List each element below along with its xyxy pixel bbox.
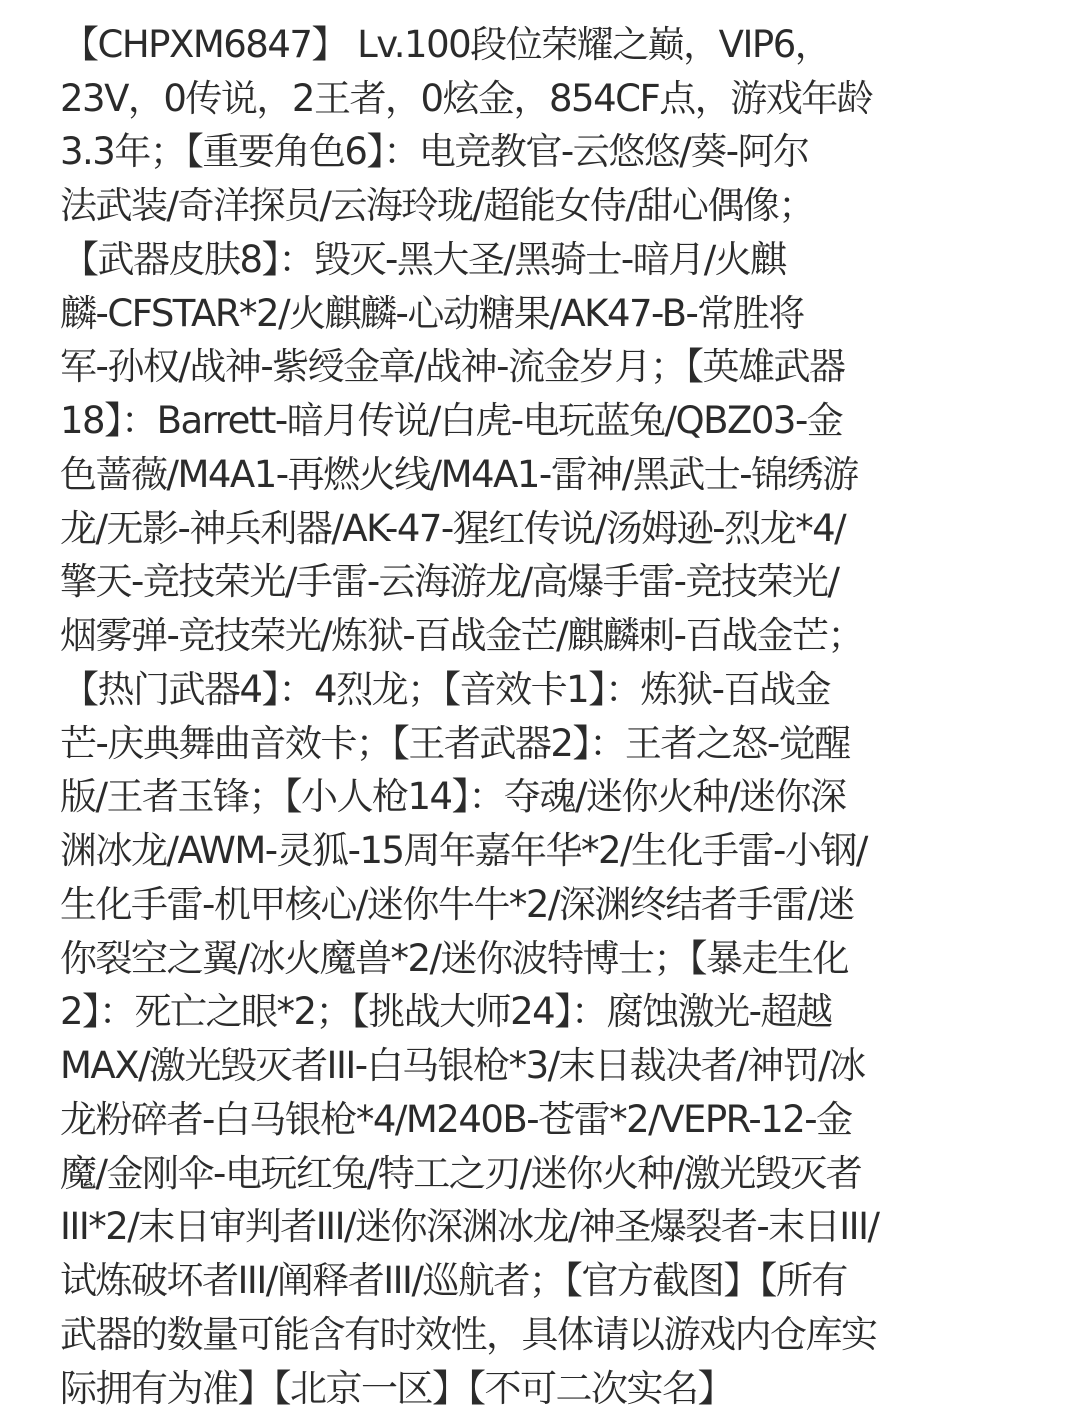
listing-line: 法武装/奇洋探员/云海玲珑/超能女侍/甜心偶像；: [60, 179, 814, 233]
listing-line: 际拥有为准】【北京一区】【不可二次实名】: [60, 1362, 733, 1416]
listing-line: 烟雾弹-竞技荣光/炼狱-百战金芒/麒麟刺-百战金芒；: [60, 609, 863, 663]
listing-line: 渊冰龙/AWM-灵狐-15周年嘉年华*2/生化手雷-小钢/: [60, 824, 867, 878]
listing-line: 3.3年；【重要角色6】：电竞教官-云悠悠/葵-阿尔: [60, 125, 809, 179]
listing-line: 色蔷薇/M4A1-再燃火线/M4A1-雷神/黑武士-锦绣游: [60, 448, 858, 502]
listing-line: 【CHPXM6847】 Lv.100段位荣耀之巅，VIP6，: [62, 18, 830, 72]
listing-line: 军-孙权/战神-紫绶金章/战神-流金岁月；【英雄武器: [60, 340, 844, 394]
listing-line: 龙粉碎者-白马银枪*4/M240B-苍雷*2/VEPR-12-金: [60, 1093, 852, 1147]
listing-line: 你裂空之翼/冰火魔兽*2/迷你波特博士；【暴走生化: [60, 932, 848, 986]
listing-line: 2】：死亡之眼*2；【挑战大师24】：腐蚀激光-超越: [60, 985, 832, 1039]
listing-line: 23V，0传说，2王者，0炫金，854CF点，游戏年龄: [60, 72, 872, 126]
listing-line: 武器的数量可能含有时效性，具体请以游戏内仓库实: [60, 1308, 877, 1362]
listing-line: 魔/金刚伞-电玩红兔/特工之刃/迷你火种/激光毁灭者: [60, 1147, 861, 1201]
listing-line: 生化手雷-机甲核心/迷你牛牛*2/深渊终结者手雷/迷: [60, 878, 854, 932]
listing-line: 18】：Barrett-暗月传说/白虎-电玩蓝兔/QBZ03-金: [60, 394, 842, 448]
account-listing-document: 【CHPXM6847】 Lv.100段位荣耀之巅，VIP6， 23V，0传说，2…: [0, 0, 1080, 1418]
listing-line: 麟-CFSTAR*2/火麒麟-心动糖果/AK47-B-常胜将: [60, 287, 804, 341]
listing-line: 擎天-竞技荣光/手雷-云海游龙/高爆手雷-竞技荣光/: [60, 555, 838, 609]
listing-line: III*2/末日审判者III/迷你深渊冰龙/神圣爆裂者-末日III/: [60, 1200, 878, 1254]
listing-line: 试炼破坏者III/阐释者III/巡航者；【官方截图】【所有: [60, 1254, 847, 1308]
listing-line: MAX/激光毁灭者III-白马银枪*3/末日裁决者/神罚/冰: [60, 1039, 865, 1093]
listing-line: 【热门武器4】：4烈龙；【音效卡1】：炼狱-百战金: [62, 663, 830, 717]
listing-line: 版/王者玉锋；【小人枪14】：夺魂/迷你火种/迷你深: [60, 770, 845, 824]
listing-line: 【武器皮肤8】：毁灭-黑大圣/黑骑士-暗月/火麒: [62, 233, 786, 287]
listing-line: 芒-庆典舞曲音效卡；【王者武器2】：王者之怒-觉醒: [60, 717, 850, 771]
listing-line: 龙/无影-神兵利器/AK-47-猩红传说/汤姆逊-烈龙*4/: [60, 502, 845, 556]
